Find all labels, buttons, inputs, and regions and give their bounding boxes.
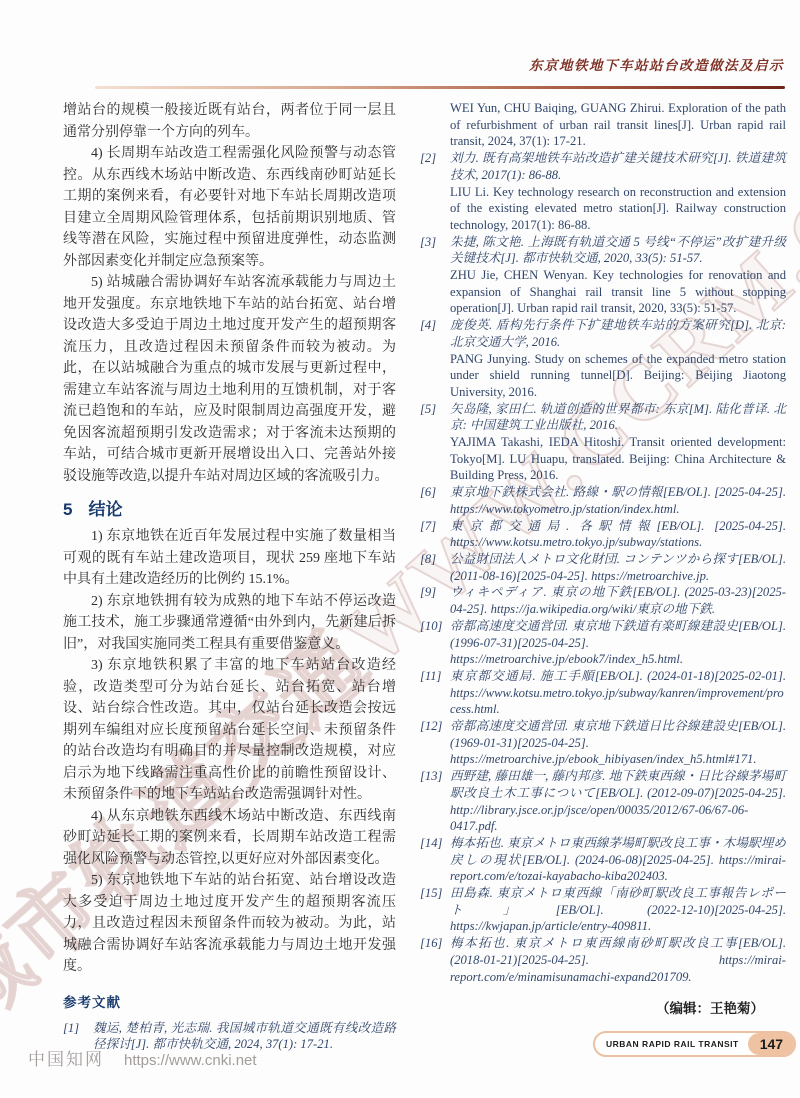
reference-body: 梅本拓也. 東京メトロ東西線南砂町駅改良工事[EB/OL]. (2018-01-…	[450, 935, 786, 985]
reference-text-en: LIU Li. Key technology research on recon…	[450, 184, 786, 234]
reference-text-zh: 刘力. 既有高架地铁车站改造扩建关键技术研究[J]. 铁道建筑技术, 2017(…	[450, 150, 786, 183]
reference-body: 東京都交通局. 各駅情報[EB/OL]. [2025-04-25]. https…	[450, 518, 786, 551]
footer-branding: 中国知网https://www.cnki.net	[28, 1045, 257, 1070]
reference-number: [3]	[420, 234, 450, 318]
body-paragraph: 4) 从东京地铁东西线木场站中断改造、东西线南砂町站延长工期的案例来看，长周期车…	[63, 806, 396, 871]
reference-text-zh: 梅本拓也. 東京メトロ東西線南砂町駅改良工事[EB/OL]. (2018-01-…	[450, 935, 786, 985]
body-paragraph: 增站台的规模一般接近既有站台，两者位于同一层且通常分别停靠一个方向的列车。	[63, 100, 396, 143]
reference-item: [16]梅本拓也. 東京メトロ東西線南砂町駅改良工事[EB/OL]. (2018…	[420, 935, 786, 985]
reference-number: [12]	[420, 718, 450, 768]
journal-name-label: URBAN RAPID RAIL TRANSIT	[595, 1033, 748, 1055]
reference-item: [14]梅本拓也. 東京メトロ東西線茅場町駅改良工事・木場駅埋め戻しの現状[EB…	[420, 835, 786, 885]
body-paragraphs: 增站台的规模一般接近既有站台，两者位于同一层且通常分别停靠一个方向的列车。4) …	[63, 100, 396, 487]
conclusion-heading-number: 5	[63, 500, 72, 519]
reference-body: 庞俊英. 盾构先行条件下扩建地铁车站的方案研究[D]. 北京: 北京交通大学, …	[450, 317, 786, 401]
reference-body: 朱捷, 陈文艳. 上海既有轨道交通 5 号线“不停运”改扩建升级关键技术[J].…	[450, 234, 786, 318]
reference-body: 公益財団法人メトロ文化財団. コンテンツから探す[EB/OL]. (2011-0…	[450, 551, 786, 584]
reference-text-zh: 東京地下鉄株式会社. 路線・駅の情報[EB/OL]. [2025-04-25].…	[450, 484, 786, 517]
header-rule	[95, 86, 785, 89]
reference-number: [4]	[420, 317, 450, 401]
right-column: WEI Yun, CHU Baiqing, GUANG Zhirui. Expl…	[420, 100, 786, 1017]
reference-body: 矢岛隆, 家田仁. 轨道创造的世界都市: 东京[M]. 陆化普译. 北京: 中国…	[450, 401, 786, 485]
reference-number: [6]	[420, 484, 450, 517]
journal-page: 城市轨道交通WWW.CCRM.COM 东京地铁地下车站站台改造做法及启示 增站台…	[0, 0, 800, 1098]
reference-number: [11]	[420, 668, 450, 718]
reference-text-zh: 矢岛隆, 家田仁. 轨道创造的世界都市: 东京[M]. 陆化普译. 北京: 中国…	[450, 401, 786, 434]
reference-text-zh: 田島森. 東京メトロ東西線「南砂町駅改良工事報告レポート」[EB/OL]. (2…	[450, 885, 786, 935]
reference-body: WEI Yun, CHU Baiqing, GUANG Zhirui. Expl…	[450, 100, 786, 150]
reference-number: [15]	[420, 885, 450, 935]
reference-number: [16]	[420, 935, 450, 985]
reference-item: [3]朱捷, 陈文艳. 上海既有轨道交通 5 号线“不停运”改扩建升级关键技术[…	[420, 234, 786, 318]
references-heading: 参考文献	[63, 991, 396, 1011]
reference-item: [13]西野建, 藤田雄一, 藤内邦彦. 地下鉄東西線・日比谷線茅場町駅改良土木…	[420, 768, 786, 835]
reference-number: [2]	[420, 150, 450, 234]
reference-text-zh: 東京都交通局. 各駅情報[EB/OL]. [2025-04-25]. https…	[450, 518, 786, 551]
cnki-logo-text: 中国知网	[28, 1050, 104, 1069]
reference-body: 帝都高速度交通営団. 東京地下鉄道有楽町線建設史[EB/OL]. (1996-0…	[450, 618, 786, 668]
reference-text-en: PANG Junying. Study on schemes of the ex…	[450, 351, 786, 401]
reference-number: [7]	[420, 518, 450, 551]
page-number: 147	[748, 1033, 794, 1055]
left-column: 增站台的规模一般接近既有站台，两者位于同一层且通常分别停靠一个方向的列车。4) …	[63, 100, 396, 1053]
body-paragraph: 5) 站城融合需协调好车站客流承载能力与周边土地开发强度。东京地铁地下车站的站台…	[63, 272, 396, 487]
reference-item: [12]帝都高速度交通営団. 東京地下鉄道日比谷線建設史[EB/OL]. (19…	[420, 718, 786, 768]
reference-item: [6]東京地下鉄株式会社. 路線・駅の情報[EB/OL]. [2025-04-2…	[420, 484, 786, 517]
conclusion-heading-title: 结论	[88, 500, 122, 519]
body-paragraph: 1) 东京地铁在近百年发展过程中实施了数量相当可观的既有车站土建改造项目，现状 …	[63, 526, 396, 591]
reference-body: 西野建, 藤田雄一, 藤内邦彦. 地下鉄東西線・日比谷線茅場町駅改良土木工事につ…	[450, 768, 786, 835]
reference-item: [7]東京都交通局. 各駅情報[EB/OL]. [2025-04-25]. ht…	[420, 518, 786, 551]
reference-item: [2]刘力. 既有高架地铁车站改造扩建关键技术研究[J]. 铁道建筑技术, 20…	[420, 150, 786, 234]
reference-body: ウィキペディア. 東京の地下鉄[EB/OL]. (2025-03-23)[202…	[450, 584, 786, 617]
body-paragraph: 3) 东京地铁积累了丰富的地下车站站台改造经验，改造类型可分为站台延长、站台拓宽…	[63, 655, 396, 806]
reference-text-zh: 帝都高速度交通営団. 東京地下鉄道有楽町線建設史[EB/OL]. (1996-0…	[450, 618, 786, 668]
reference-item: [4]庞俊英. 盾构先行条件下扩建地铁车站的方案研究[D]. 北京: 北京交通大…	[420, 317, 786, 401]
reference-body: 梅本拓也. 東京メトロ東西線茅場町駅改良工事・木場駅埋め戻しの現状[EB/OL]…	[450, 835, 786, 885]
reference-item: [9]ウィキペディア. 東京の地下鉄[EB/OL]. (2025-03-23)[…	[420, 584, 786, 617]
reference-number: [5]	[420, 401, 450, 485]
reference-item: [15]田島森. 東京メトロ東西線「南砂町駅改良工事報告レポート」[EB/OL]…	[420, 885, 786, 935]
reference-text-zh: 西野建, 藤田雄一, 藤内邦彦. 地下鉄東西線・日比谷線茅場町駅改良土木工事につ…	[450, 768, 786, 835]
running-title: 东京地铁地下车站站台改造做法及启示	[529, 54, 784, 74]
reference-item: [10]帝都高速度交通営団. 東京地下鉄道有楽町線建設史[EB/OL]. (19…	[420, 618, 786, 668]
conclusion-paragraphs: 1) 东京地铁在近百年发展过程中实施了数量相当可观的既有车站土建改造项目，现状 …	[63, 526, 396, 978]
reference-number: [9]	[420, 584, 450, 617]
cnki-url[interactable]: https://www.cnki.net	[124, 1052, 257, 1069]
reference-item: [8]公益財団法人メトロ文化財団. コンテンツから探す[EB/OL]. (201…	[420, 551, 786, 584]
reference-text-zh: 東京都交通局. 施工手順[EB/OL]. (2024-01-18)[2025-0…	[450, 668, 786, 718]
reference-text-en: ZHU Jie, CHEN Wenyan. Key technologies f…	[450, 267, 786, 317]
reference-number: [10]	[420, 618, 450, 668]
reference-text-zh: ウィキペディア. 東京の地下鉄[EB/OL]. (2025-03-23)[202…	[450, 584, 786, 617]
reference-number: [14]	[420, 835, 450, 885]
reference-text-zh: 朱捷, 陈文艳. 上海既有轨道交通 5 号线“不停运”改扩建升级关键技术[J].…	[450, 234, 786, 267]
reference-text-zh: 帝都高速度交通営団. 東京地下鉄道日比谷線建設史[EB/OL]. (1969-0…	[450, 718, 786, 768]
reference-number: [8]	[420, 551, 450, 584]
reference-body: 東京地下鉄株式会社. 路線・駅の情報[EB/OL]. [2025-04-25].…	[450, 484, 786, 517]
reference-item: WEI Yun, CHU Baiqing, GUANG Zhirui. Expl…	[420, 100, 786, 150]
journal-badge: URBAN RAPID RAIL TRANSIT 147	[593, 1031, 796, 1057]
reference-text-en: WEI Yun, CHU Baiqing, GUANG Zhirui. Expl…	[450, 100, 786, 150]
references-list-right: WEI Yun, CHU Baiqing, GUANG Zhirui. Expl…	[420, 100, 786, 985]
reference-text-en: YAJIMA Takashi, IEDA Hitoshi. Transit or…	[450, 434, 786, 484]
body-paragraph: 4) 长周期车站改造工程需强化风险预警与动态管控。从东西线木场站中断改造、东西线…	[63, 143, 396, 272]
reference-number: [13]	[420, 768, 450, 835]
reference-body: 帝都高速度交通営団. 東京地下鉄道日比谷線建設史[EB/OL]. (1969-0…	[450, 718, 786, 768]
reference-item: [5]矢岛隆, 家田仁. 轨道创造的世界都市: 东京[M]. 陆化普译. 北京:…	[420, 401, 786, 485]
reference-text-zh: 公益財団法人メトロ文化財団. コンテンツから探す[EB/OL]. (2011-0…	[450, 551, 786, 584]
reference-item: [11]東京都交通局. 施工手順[EB/OL]. (2024-01-18)[20…	[420, 668, 786, 718]
conclusion-heading: 5结论	[63, 495, 396, 520]
reference-text-zh: 梅本拓也. 東京メトロ東西線茅場町駅改良工事・木場駅埋め戻しの現状[EB/OL]…	[450, 835, 786, 885]
body-paragraph: 5) 东京地铁地下车站的站台拓宽、站台增设改造大多受迫于周边土地过度开发产生的超…	[63, 870, 396, 978]
reference-body: 田島森. 東京メトロ東西線「南砂町駅改良工事報告レポート」[EB/OL]. (2…	[450, 885, 786, 935]
reference-number	[420, 100, 450, 150]
editor-note: （编辑：王艳菊）	[420, 997, 786, 1017]
body-paragraph: 2) 东京地铁拥有较为成熟的地下车站不停运改造施工技术，施工步骤通常遵循“由外到…	[63, 591, 396, 656]
reference-text-zh: 庞俊英. 盾构先行条件下扩建地铁车站的方案研究[D]. 北京: 北京交通大学, …	[450, 317, 786, 350]
reference-body: 刘力. 既有高架地铁车站改造扩建关键技术研究[J]. 铁道建筑技术, 2017(…	[450, 150, 786, 234]
reference-body: 東京都交通局. 施工手順[EB/OL]. (2024-01-18)[2025-0…	[450, 668, 786, 718]
